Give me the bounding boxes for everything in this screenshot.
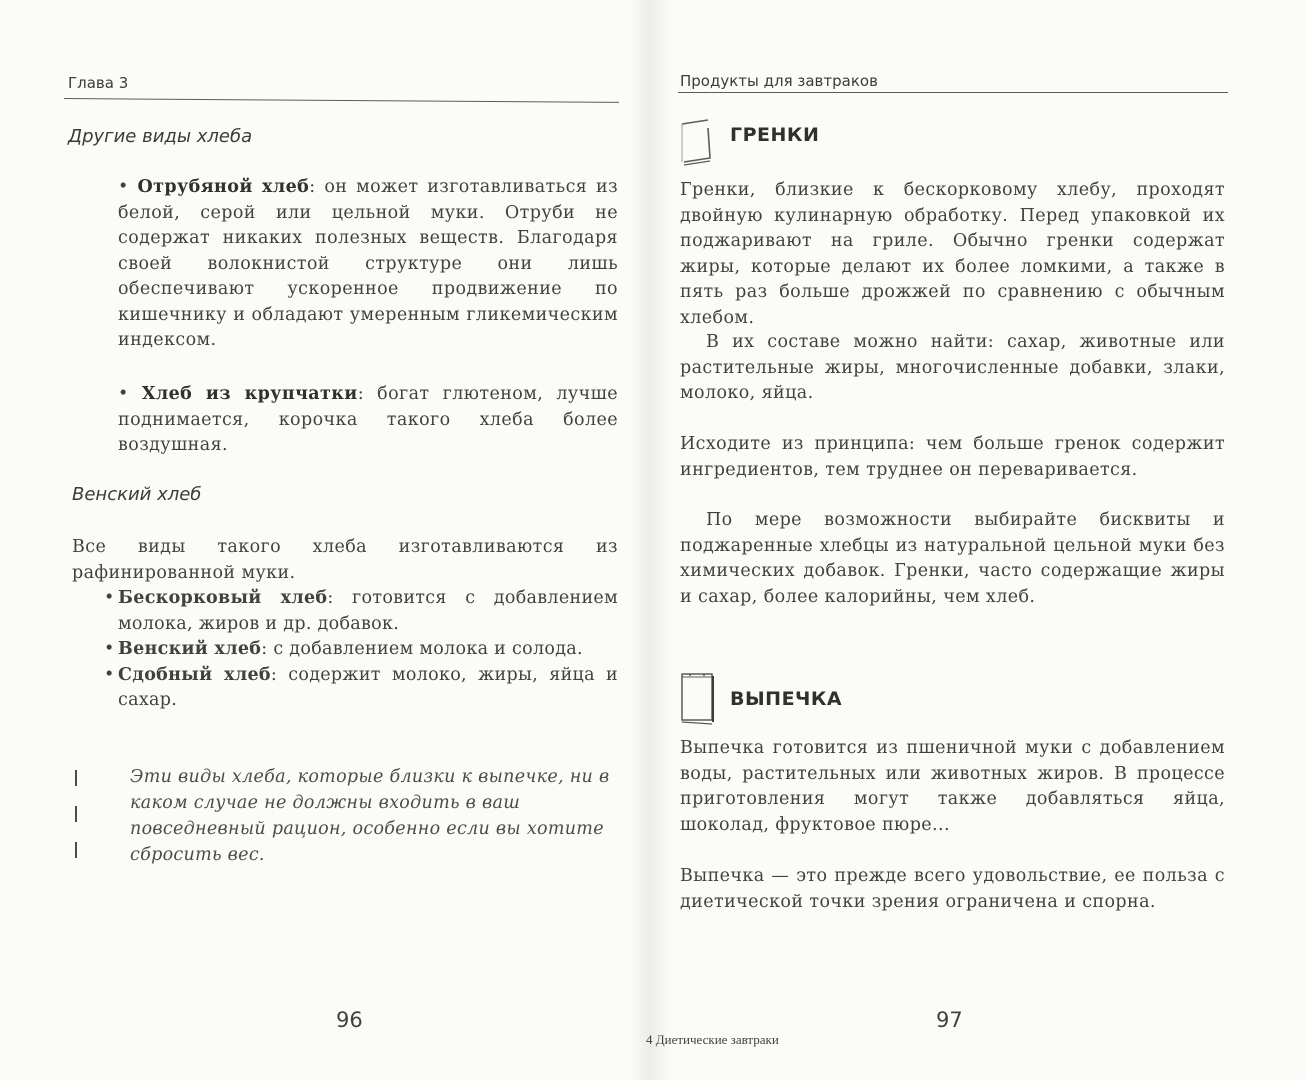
- header-rule-right: [678, 92, 1228, 93]
- list-item-text: : с добавлением молока и солода.: [261, 639, 583, 659]
- croutons-paragraph-2: В их составе можно найти: сахар, животны…: [680, 330, 1225, 407]
- bullet-text: : он может изготавливаться из белой, сер…: [118, 177, 618, 350]
- croutons-paragraph-1: Гренки, близкие к бескорковому хлебу, пр…: [680, 178, 1225, 331]
- left-page: Глава 3 Другие виды хлеба • Отрубяной хл…: [0, 0, 640, 1080]
- book-icon: [678, 118, 720, 168]
- croutons-paragraph-4: По мере возможности выбирайте бисквиты и…: [680, 508, 1225, 610]
- viennese-intro: Все виды такого хлеба изготавливаются из…: [72, 535, 618, 586]
- croutons-paragraph-3: Исходите из принципа: чем больше гренок …: [680, 432, 1225, 483]
- list-item-term: Сдобный хлеб: [118, 665, 271, 685]
- subhead-other-breads: Другие виды хлеба: [68, 126, 252, 147]
- page-number-left: 96: [336, 1008, 363, 1032]
- right-page: Продукты для завтраков ГРЕНКИ Гренки, бл…: [650, 0, 1305, 1080]
- bullet-dot: •: [118, 384, 142, 404]
- section-title-croutons: ГРЕНКИ: [730, 124, 819, 146]
- bullet-bran-bread: • Отрубяной хлеб: он может изготавливать…: [118, 175, 618, 354]
- warning-note: Эти виды хлеба, которые близки к выпечке…: [130, 764, 620, 868]
- section-title-pastry: ВЫПЕЧКА: [730, 688, 842, 710]
- page-number-right: 97: [936, 1008, 963, 1032]
- printer-stamp: 4 Диетические завтраки: [646, 1032, 779, 1048]
- subhead-viennese-bread: Венский хлеб: [72, 484, 201, 505]
- list-item: •Сдобный хлеб: содержит молоко, жиры, яй…: [118, 663, 618, 714]
- list-item-term: Бескорковый хлеб: [118, 588, 327, 608]
- bullet-term: Отрубяной хлеб: [138, 177, 310, 197]
- note-margin-bar: [75, 842, 77, 858]
- pastry-paragraph-2: Выпечка — это прежде всего удовольствие,…: [680, 864, 1225, 915]
- bullet-dot: •: [104, 586, 115, 612]
- pastry-paragraph-1: Выпечка готовится из пшеничной муки с до…: [680, 736, 1225, 838]
- header-rule-left: [64, 98, 619, 103]
- bullet-dot: •: [104, 637, 115, 663]
- note-margin-bar: [75, 770, 77, 786]
- running-head-right: Продукты для завтраков: [680, 72, 878, 90]
- list-item: •Венский хлеб: с добавлением молока и со…: [118, 637, 618, 663]
- bullet-term: Хлеб из крупчатки: [142, 384, 358, 404]
- bullet-dot: •: [118, 177, 138, 197]
- running-head-left: Глава 3: [68, 74, 128, 92]
- viennese-types-list: •Бескорковый хлеб: готовится с добавлени…: [118, 586, 618, 714]
- list-item-term: Венский хлеб: [118, 639, 261, 659]
- bullet-grits-bread: • Хлеб из крупчатки: богат глютеном, луч…: [118, 382, 618, 459]
- note-margin-bar: [75, 806, 77, 822]
- notepad-icon: [678, 670, 718, 728]
- list-item: •Бескорковый хлеб: готовится с добавлени…: [118, 586, 618, 637]
- bullet-dot: •: [104, 663, 115, 689]
